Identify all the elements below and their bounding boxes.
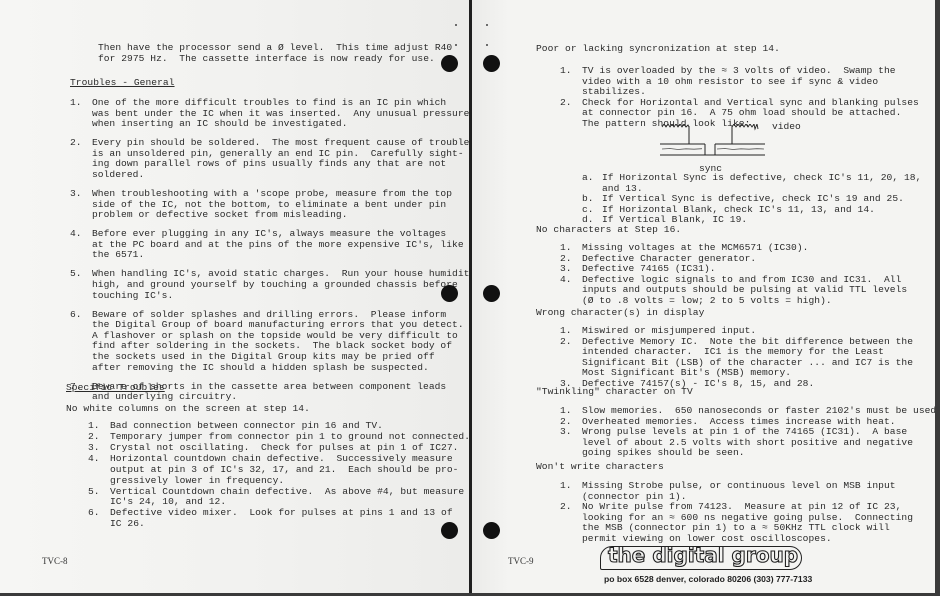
no-white-item-text: Defective video mixer. Look for pulses a…: [110, 508, 453, 519]
punch-hole: [483, 285, 500, 302]
no-white-item-text: Bad connection between connector pin 16 …: [110, 421, 383, 432]
speck: [455, 24, 457, 26]
sync-subitem-text: If Horizontal Sync is defective, check I…: [602, 173, 921, 184]
no-white-item-text: gressively lower in frequency.: [110, 476, 284, 487]
general-item-text: the 6571.: [92, 250, 144, 261]
twinkling-item-text: Slow memories. 650 nanoseconds or faster…: [582, 406, 935, 417]
diagram-video-label: video: [772, 121, 801, 132]
speck: [455, 44, 457, 46]
twinkling-item-text: going spikes should be seen.: [582, 448, 745, 459]
no-white-item-text: Temporary jumper from connector pin 1 to…: [110, 432, 469, 443]
sync-item-text: TV is overloaded by the ≈ 3 volts of vid…: [582, 66, 896, 77]
sync-item-number: 1.: [560, 66, 572, 77]
subsection-heading: No characters at Step 16.: [536, 225, 681, 236]
no-white-item-text: Crystal not oscillating. Check for pulse…: [110, 443, 458, 454]
section-heading-specific: Specific Troubles: [66, 383, 165, 394]
no-white-item-number: 5.: [88, 487, 100, 498]
sync-waveform-diagram: [660, 124, 790, 158]
diagram-sync-label: sync: [699, 163, 722, 174]
company-logo: the digital group: [608, 543, 798, 567]
no-chars-item-text: Missing voltages at the MCM6571 (IC30).: [582, 243, 808, 254]
no-white-item-number: 2.: [88, 432, 100, 443]
no-chars-item-number: 1.: [560, 243, 572, 254]
scan-edge: [935, 0, 940, 596]
general-item-text: high, and ground yourself by touching a …: [92, 280, 458, 291]
intro-text: Then have the processor send a Ø level. …: [98, 43, 452, 54]
general-item-text: When troubleshooting with a 'scope probe…: [92, 189, 452, 200]
general-item-text: at the PC board and at the pins of the m…: [92, 240, 464, 251]
wrong-char-item-number: 1.: [560, 326, 572, 337]
punch-hole: [441, 55, 458, 72]
speck: [486, 24, 488, 26]
page-number: TVC-9: [508, 556, 534, 566]
no-white-item-text: output at pin 3 of IC's 32, 17, and 21. …: [110, 465, 458, 476]
section-heading-general: Troubles - General: [70, 78, 175, 89]
right-page: Poor or lacking syncronization at step 1…: [472, 0, 935, 594]
wont-write-item-number: 2.: [560, 502, 572, 513]
sync-item-number: 2.: [560, 98, 572, 109]
subsection-heading: No white columns on the screen at step 1…: [66, 404, 310, 415]
wont-write-item-text: Missing Strobe pulse, or continuous leve…: [582, 481, 896, 492]
general-item-number: 1.: [70, 98, 82, 109]
general-item-text: touching IC's.: [92, 291, 173, 302]
general-item-text: the sockets used in the Digital Group ki…: [92, 352, 435, 363]
general-item-text: ing down parallel rows of pins usually f…: [92, 159, 446, 170]
subsection-heading: Poor or lacking syncronization at step 1…: [536, 44, 780, 55]
subsection-heading: "Twinkling" character on TV: [536, 387, 693, 398]
no-white-item-number: 3.: [88, 443, 100, 454]
company-address: po box 6528 denver, colorado 80206 (303)…: [604, 574, 812, 584]
punch-hole: [483, 522, 500, 539]
wont-write-item-number: 1.: [560, 481, 572, 492]
page-number: TVC-8: [42, 556, 68, 566]
left-page: Then have the processor send a Ø level. …: [0, 0, 469, 594]
twinkling-item-number: 3.: [560, 427, 572, 438]
general-item-text: when inserting an IC should be investiga…: [92, 119, 348, 130]
general-item-text: soldered.: [92, 170, 144, 181]
no-chars-item-number: 4.: [560, 275, 572, 286]
subsection-heading: Wrong character(s) in display: [536, 308, 704, 319]
no-white-item-text: IC 26.: [110, 519, 145, 530]
general-item-number: 2.: [70, 138, 82, 149]
punch-hole: [441, 285, 458, 302]
wrong-char-item-number: 2.: [560, 337, 572, 348]
general-item-number: 6.: [70, 310, 82, 321]
punch-hole: [441, 522, 458, 539]
general-item-text: One of the more difficult troubles to fi…: [92, 98, 446, 109]
punch-hole: [483, 55, 500, 72]
no-white-item-text: IC's 24, 10, and 12.: [110, 497, 226, 508]
no-white-item-number: 6.: [88, 508, 100, 519]
intro-text: for 2975 Hz. The cassette interface is n…: [98, 54, 435, 65]
sync-subitem-number: a.: [582, 173, 594, 184]
speck: [486, 44, 488, 46]
no-white-item-number: 4.: [88, 454, 100, 465]
wrong-char-item-text: Miswired or misjumpered input.: [582, 326, 756, 337]
general-item-text: and underlying circuitry.: [92, 392, 237, 403]
general-item-number: 5.: [70, 269, 82, 280]
general-item-text: problem or defective socket from mislead…: [92, 210, 348, 221]
general-item-number: 3.: [70, 189, 82, 200]
twinkling-item-number: 1.: [560, 406, 572, 417]
general-item-text: after removing the IC should a hidden sp…: [92, 363, 429, 374]
no-chars-item-text: (Ø to .8 volts = low; 2 to 5 volts = hig…: [582, 296, 832, 307]
general-item-number: 4.: [70, 229, 82, 240]
no-white-item-number: 1.: [88, 421, 100, 432]
subsection-heading: Won't write characters: [536, 462, 664, 473]
